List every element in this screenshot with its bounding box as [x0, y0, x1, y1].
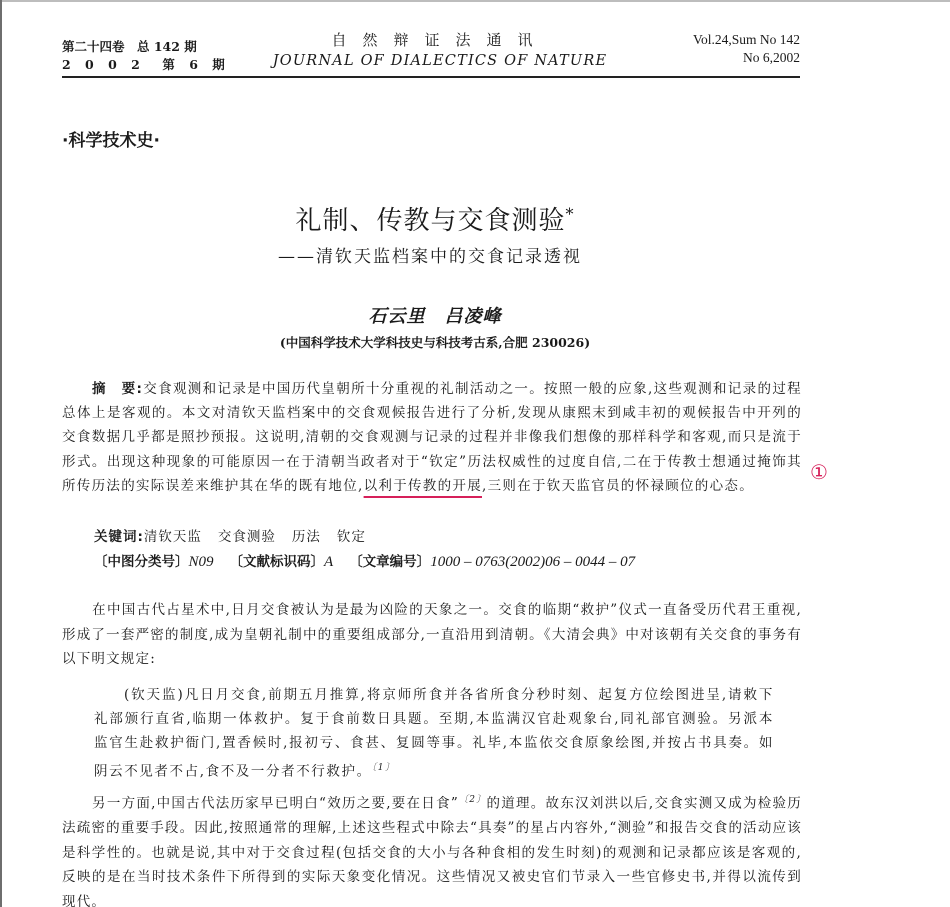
abstract-text-end: ,三则在于钦天监官员的怀禄顾位的心态。: [482, 478, 754, 494]
article-number-label: 〔文章编号〕: [349, 554, 430, 570]
header-rule: [62, 76, 800, 78]
page-left-border: [0, 0, 2, 907]
article-number-value: 1000 – 0763(2002)06 – 0044 – 07: [430, 554, 635, 570]
title-text: 礼制、传教与交食测验: [295, 206, 565, 236]
article-title: 礼制、传教与交食测验*: [0, 200, 870, 237]
keyword: 钦定: [337, 529, 366, 545]
doc-code-value: A: [324, 554, 333, 570]
authors: 石云里 吕凌峰: [0, 302, 870, 328]
journal-title-en: JOURNAL OF DIALECTICS OF NATURE: [270, 50, 610, 72]
article-subtitle: ——清钦天监档案中的交食记录透视: [278, 242, 582, 267]
affiliation: (中国科学技术大学科技史与科技考古系,合肥 230026): [0, 333, 870, 351]
abstract: 摘 要:交食观测和记录是中国历代皇朝所十分重视的礼制活动之一。按照一般的应象,这…: [62, 377, 802, 498]
highlighted-phrase: 以利于传教的开展: [364, 478, 482, 494]
volume-line-en: Vol.24,Sum No 142: [693, 31, 800, 49]
reference-marker: 〔2〕: [459, 795, 487, 805]
keywords-label: 关键词:: [94, 529, 144, 545]
body-paragraph-1: 在中国古代占星术中,日月交食被认为是最为凶险的天象之一。交食的临期“救护”仪式一…: [62, 598, 802, 672]
keywords: 关键词:清钦天监交食测验历法钦定: [94, 525, 382, 545]
section-label: ·科学技术史·: [62, 126, 160, 151]
issue-info: 第二十四卷 总 142 期 2 0 0 2 第 6 期: [62, 38, 230, 74]
keyword: 历法: [292, 529, 321, 545]
abstract-label: 摘 要:: [92, 381, 143, 397]
block-quote: (钦天监)凡日月交食,前期五月推算,将京师所食并各省所食分秒时刻、起复方位绘图进…: [94, 683, 774, 783]
title-footnote-mark: *: [566, 204, 575, 223]
quote-text: (钦天监)凡日月交食,前期五月推算,将京师所食并各省所食分秒时刻、起复方位绘图进…: [94, 687, 774, 779]
issue-info-en: Vol.24,Sum No 142 No 6,2002: [693, 31, 800, 67]
year-issue-line: 2 0 0 2 第 6 期: [62, 56, 230, 74]
annotation-marker: ①: [810, 460, 828, 484]
body-paragraph-2: 另一方面,中国古代法历家早已明白“效历之要,要在日食”〔2〕的道理。故东汉刘洪以…: [62, 788, 802, 907]
clc-value: N09: [189, 554, 214, 570]
reference-marker: 〔1〕: [372, 763, 396, 773]
paragraph-text: 另一方面,中国古代法历家早已明白“效历之要,要在日食”: [92, 796, 459, 812]
classification-line: 〔中图分类号〕N09〔文献标识码〕A〔文章编号〕1000 – 0763(2002…: [94, 550, 651, 571]
page-top-border: [0, 0, 950, 2]
keyword: 清钦天监: [144, 529, 202, 545]
keyword: 交食测验: [218, 529, 276, 545]
doc-code-label: 〔文献标识码〕: [230, 554, 325, 570]
journal-masthead: 自然辩证法通讯 JOURNAL OF DIALECTICS OF NATURE: [270, 30, 610, 72]
clc-label: 〔中图分类号〕: [94, 554, 189, 570]
journal-title-cn: 自然辩证法通讯: [270, 30, 610, 50]
paragraph-text: 在中国古代占星术中,日月交食被认为是最为凶险的天象之一。交食的临期“救护”仪式一…: [62, 602, 802, 667]
paragraph-text-cont: 的道理。故东汉刘洪以后,交食实测又成为检验历法疏密的重要手段。因此,按照通常的理…: [62, 796, 802, 907]
volume-line: 第二十四卷 总 142 期: [62, 38, 230, 56]
issue-line-en: No 6,2002: [693, 49, 800, 67]
